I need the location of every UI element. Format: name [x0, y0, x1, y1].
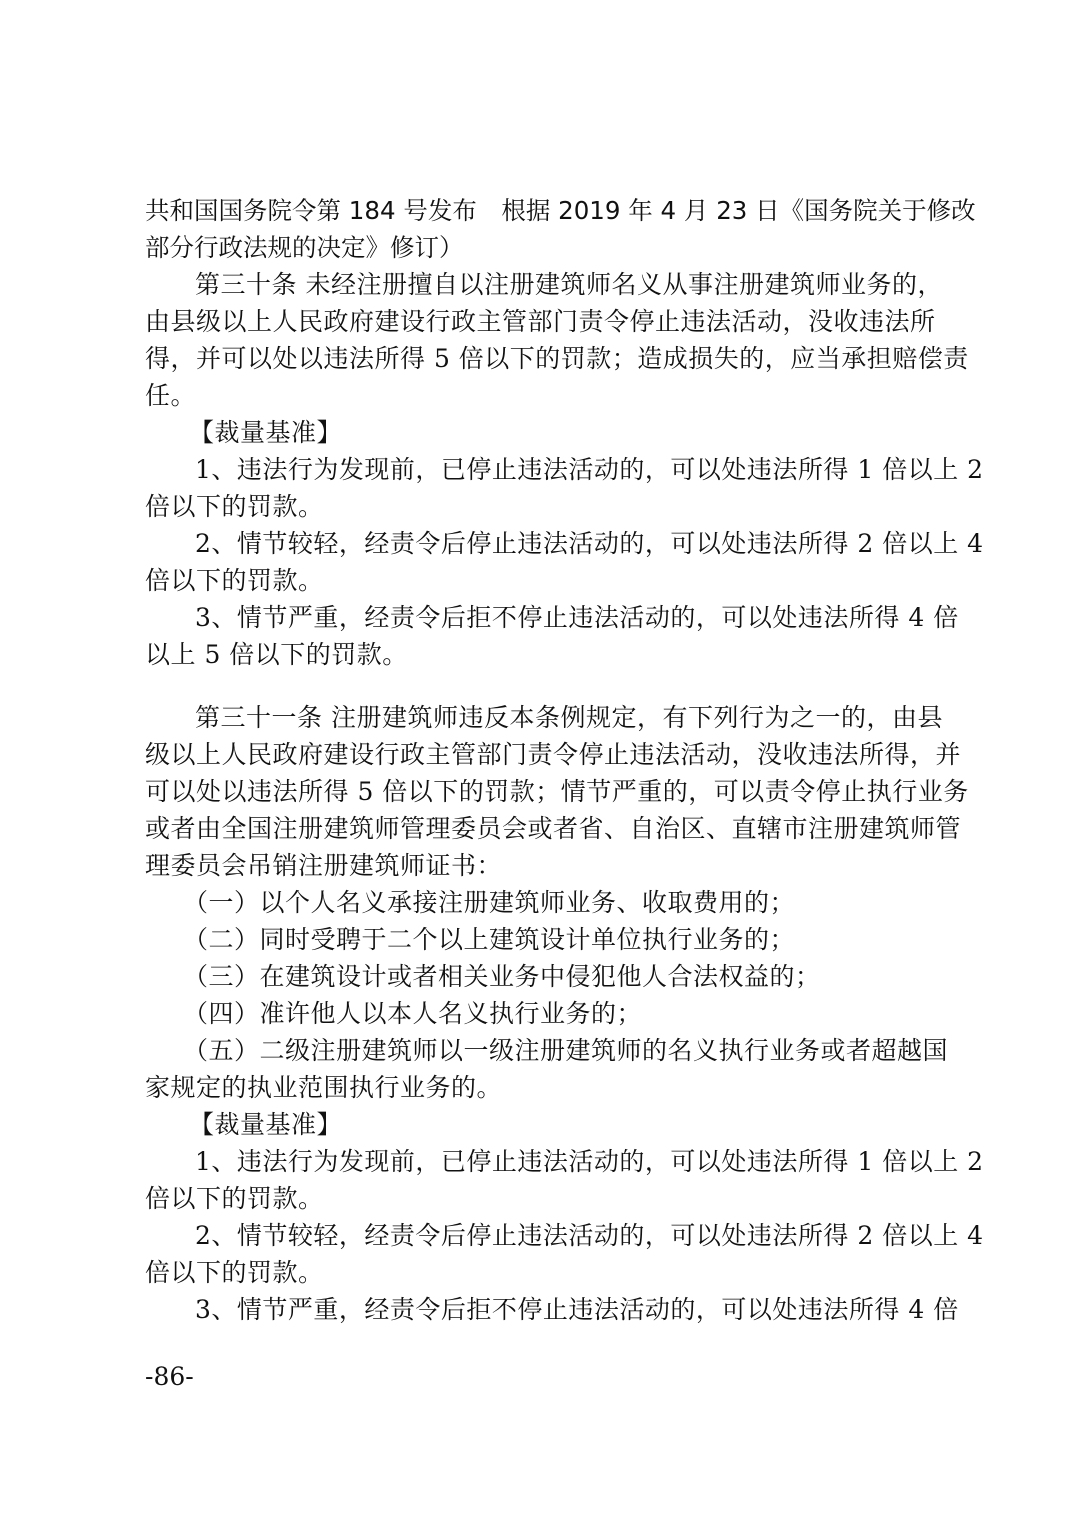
header-line: 部分行政法规的决定》修订） — [145, 230, 464, 266]
article-30-title-line: 第三十条 未经注册擅自以注册建筑师名义从事注册建筑师业务的， — [195, 267, 943, 303]
article-30-line: 得，并可以处以违法所得 5 倍以下的罚款；造成损失的，应当承担赔偿责 — [145, 341, 969, 377]
standard-item-continuation: 倍以下的罚款。 — [145, 1181, 324, 1217]
standard-item: 1、违法行为发现前，已停止违法活动的，可以处违法所得 1 倍以上 2 — [195, 452, 984, 488]
discretion-standard-heading: 【裁量基准】 — [189, 1107, 342, 1143]
article-31-item: （二）同时受聘于二个以上建筑设计单位执行业务的； — [183, 922, 795, 958]
article-30-line: 由县级以上人民政府建设行政主管部门责令停止违法活动，没收违法所 — [145, 304, 936, 340]
article-31-item: （五）二级注册建筑师以一级注册建筑师的名义执行业务或者超越国 — [183, 1033, 948, 1069]
standard-item-continuation: 倍以下的罚款。 — [145, 489, 324, 525]
article-31-line: 可以处以违法所得 5 倍以下的罚款；情节严重的，可以责令停止执行业务 — [145, 774, 969, 810]
article-31-title-line: 第三十一条 注册建筑师违反本条例规定，有下列行为之一的，由县 — [195, 700, 943, 736]
article-30-line: 任。 — [145, 378, 196, 414]
article-31-item: （四）准许他人以本人名义执行业务的； — [183, 996, 642, 1032]
article-31-item-continuation: 家规定的执业范围执行业务的。 — [145, 1070, 502, 1106]
discretion-standard-heading: 【裁量基准】 — [189, 415, 342, 451]
article-31-line: 级以上人民政府建设行政主管部门责令停止违法活动，没收违法所得，并 — [145, 737, 961, 773]
header-line: 共和国国务院令第 184 号发布 根据 2019 年 4 月 23 日《国务院关… — [145, 193, 976, 229]
standard-item: 3、情节严重，经责令后拒不停止违法活动的，可以处违法所得 4 倍 — [195, 600, 959, 636]
standard-item: 2、情节较轻，经责令后停止违法活动的，可以处违法所得 2 倍以上 4 — [195, 526, 984, 562]
page-number: -86- — [145, 1362, 194, 1392]
standard-item-continuation: 以上 5 倍以下的罚款。 — [145, 637, 408, 673]
standard-item-continuation: 倍以下的罚款。 — [145, 563, 324, 599]
standard-item-continuation: 倍以下的罚款。 — [145, 1255, 324, 1291]
article-31-line: 或者由全国注册建筑师管理委员会或者省、自治区、直辖市注册建筑师管 — [145, 811, 961, 847]
standard-item: 1、违法行为发现前，已停止违法活动的，可以处违法所得 1 倍以上 2 — [195, 1144, 984, 1180]
article-31-line: 理委员会吊销注册建筑师证书： — [145, 848, 502, 884]
article-31-item: （三）在建筑设计或者相关业务中侵犯他人合法权益的； — [183, 959, 821, 995]
article-31-item: （一）以个人名义承接注册建筑师业务、收取费用的； — [183, 885, 795, 921]
standard-item: 3、情节严重，经责令后拒不停止违法活动的，可以处违法所得 4 倍 — [195, 1292, 959, 1328]
standard-item: 2、情节较轻，经责令后停止违法活动的，可以处违法所得 2 倍以上 4 — [195, 1218, 984, 1254]
